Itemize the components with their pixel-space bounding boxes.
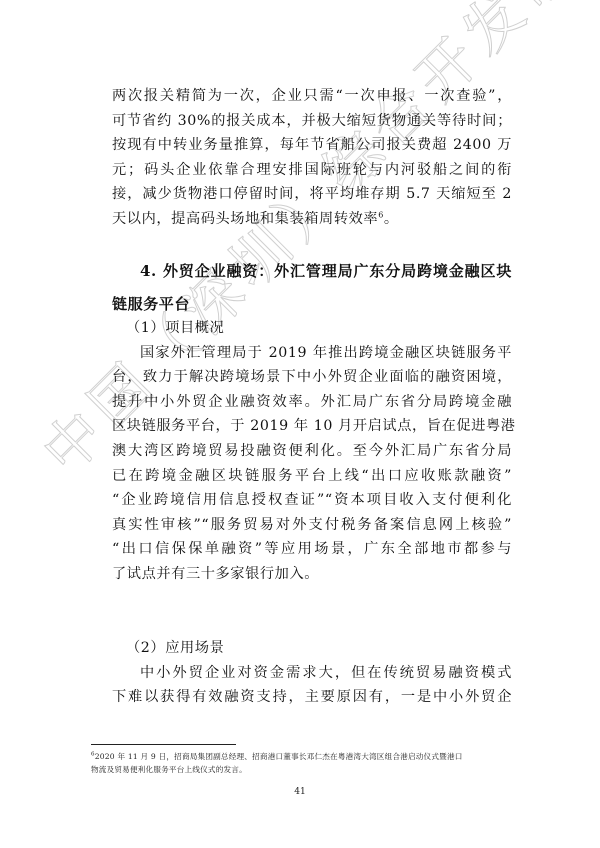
- footnote-text: 2020 年 11 月 9 日，招商局集团副总经理、招商港口董事长邓仁杰在粤港湾…: [95, 752, 463, 761]
- text-line: 两次报关精简为一次，企业只需“一次申报、一次查验”，: [112, 84, 512, 109]
- footnote-line: 62020 年 11 月 9 日，招商局集团副总经理、招商港口董事长邓仁杰在粤港…: [91, 750, 511, 763]
- text-line: 已在跨境金融区块链服务平台上线“出口应收账款融资”: [112, 464, 512, 489]
- text-line-with-footnote: 天以内，提高码头场地和集装箱周转效率6。: [112, 207, 512, 232]
- text-line: 接，减少货物港口停留时间，将平均堆存期 5.7 天缩短至 2: [112, 182, 512, 207]
- footnote-line: 物流及贸易便利化服务平台上线仪式的发言。: [91, 763, 511, 776]
- text-fragment: 。: [384, 211, 399, 227]
- text-line: “出口信保保单融资”等应用场景，广东全部地市都参与: [112, 537, 512, 562]
- document-page: 中国（深圳）综合开发研究院 两次报关精简为一次，企业只需“一次申报、一次查验”，…: [0, 0, 600, 848]
- text-line: 澳大湾区跨境贸易投融资便利化。至今外汇局广东省分局: [112, 439, 512, 464]
- text-fragment: 天以内，提高码头场地和集装箱周转效率: [112, 211, 378, 227]
- text-line: 中小外贸企业对资金需求大，但在传统贸易融资模式: [112, 661, 512, 686]
- text-line: 台，致力于解决跨境场景下中小外贸企业面临的融资困境，: [112, 365, 512, 390]
- text-line: 区块链服务平台，于 2019 年 10 月开启试点，旨在促进粤港: [112, 414, 512, 439]
- paragraph-customs: 两次报关精简为一次，企业只需“一次申报、一次查验”， 可节省约 30%的报关成本…: [112, 84, 512, 232]
- section-heading: 4. 外贸企业融资：外汇管理局广东分局跨境金融区块 链服务平台: [112, 255, 512, 321]
- text-line: 提升中小外贸企业融资效率。外汇局广东省分局跨境金融: [112, 390, 512, 415]
- text-line: 按现有中转业务量推算，每年节省船公司报关费超 2400 万: [112, 133, 512, 158]
- footnote: 62020 年 11 月 9 日，招商局集团副总经理、招商港口董事长邓仁杰在粤港…: [91, 750, 511, 776]
- subsection-title: （2）应用场景: [112, 636, 512, 661]
- text-line: 元；码头企业依靠合理安排国际班轮与内河驳船之间的衔: [112, 158, 512, 183]
- text-line: 可节省约 30%的报关成本，并极大缩短货物通关等待时间；: [112, 109, 512, 134]
- text-line: “企业跨境信用信息授权查证”“资本项目收入支付便利化: [112, 488, 512, 513]
- footnote-divider: [91, 744, 236, 745]
- text-line: 了试点并有三十多家银行加入。: [112, 562, 512, 587]
- subsection-project-overview: （1）项目概况 国家外汇管理局于 2019 年推出跨境金融区块链服务平 台，致力…: [112, 316, 512, 587]
- subsection-application-scenarios: （2）应用场景 中小外贸企业对资金需求大，但在传统贸易融资模式 下难以获得有效融…: [112, 636, 512, 710]
- text-line: 真实性审核”“服务贸易对外支付税务备案信息网上核验”: [112, 513, 512, 538]
- heading-line: 4. 外贸企业融资：外汇管理局广东分局跨境金融区块: [112, 255, 512, 288]
- subsection-title: （1）项目概况: [112, 316, 512, 341]
- text-line: 下难以获得有效融资支持，主要原因有，一是中小外贸企: [112, 685, 512, 710]
- text-line: 国家外汇管理局于 2019 年推出跨境金融区块链服务平: [112, 341, 512, 366]
- page-number: 41: [0, 787, 600, 797]
